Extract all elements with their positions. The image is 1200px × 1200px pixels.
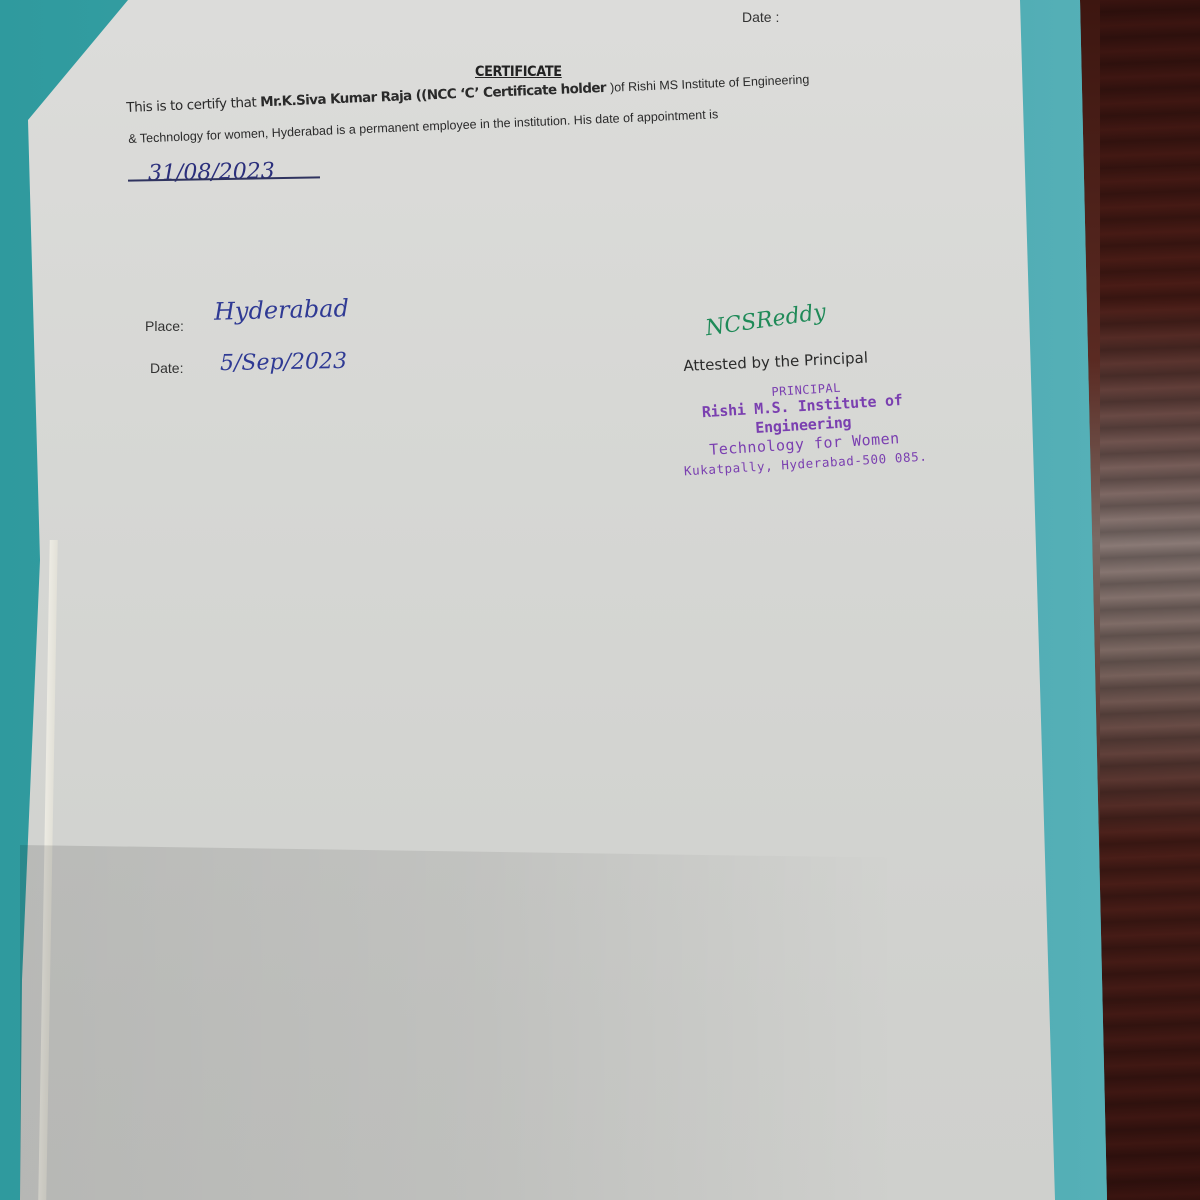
place-label: Place: <box>145 318 184 334</box>
header-date-label: Date : <box>742 9 779 25</box>
appointment-date-handwritten: 31/08/2023 <box>148 159 275 186</box>
photo-scene: Date : CERTIFICATE This is to certify th… <box>0 0 1200 1200</box>
date-label: Date: <box>150 360 183 376</box>
date-value-handwritten: 5/Sep/2023 <box>220 349 347 376</box>
place-value-handwritten: Hyderabad <box>214 294 350 326</box>
principal-stamp: PRINCIPAL Rishi M.S. Institute of Engine… <box>656 374 951 483</box>
certificate-title: CERTIFICATE <box>475 64 562 80</box>
background-surface <box>1100 0 1200 1200</box>
